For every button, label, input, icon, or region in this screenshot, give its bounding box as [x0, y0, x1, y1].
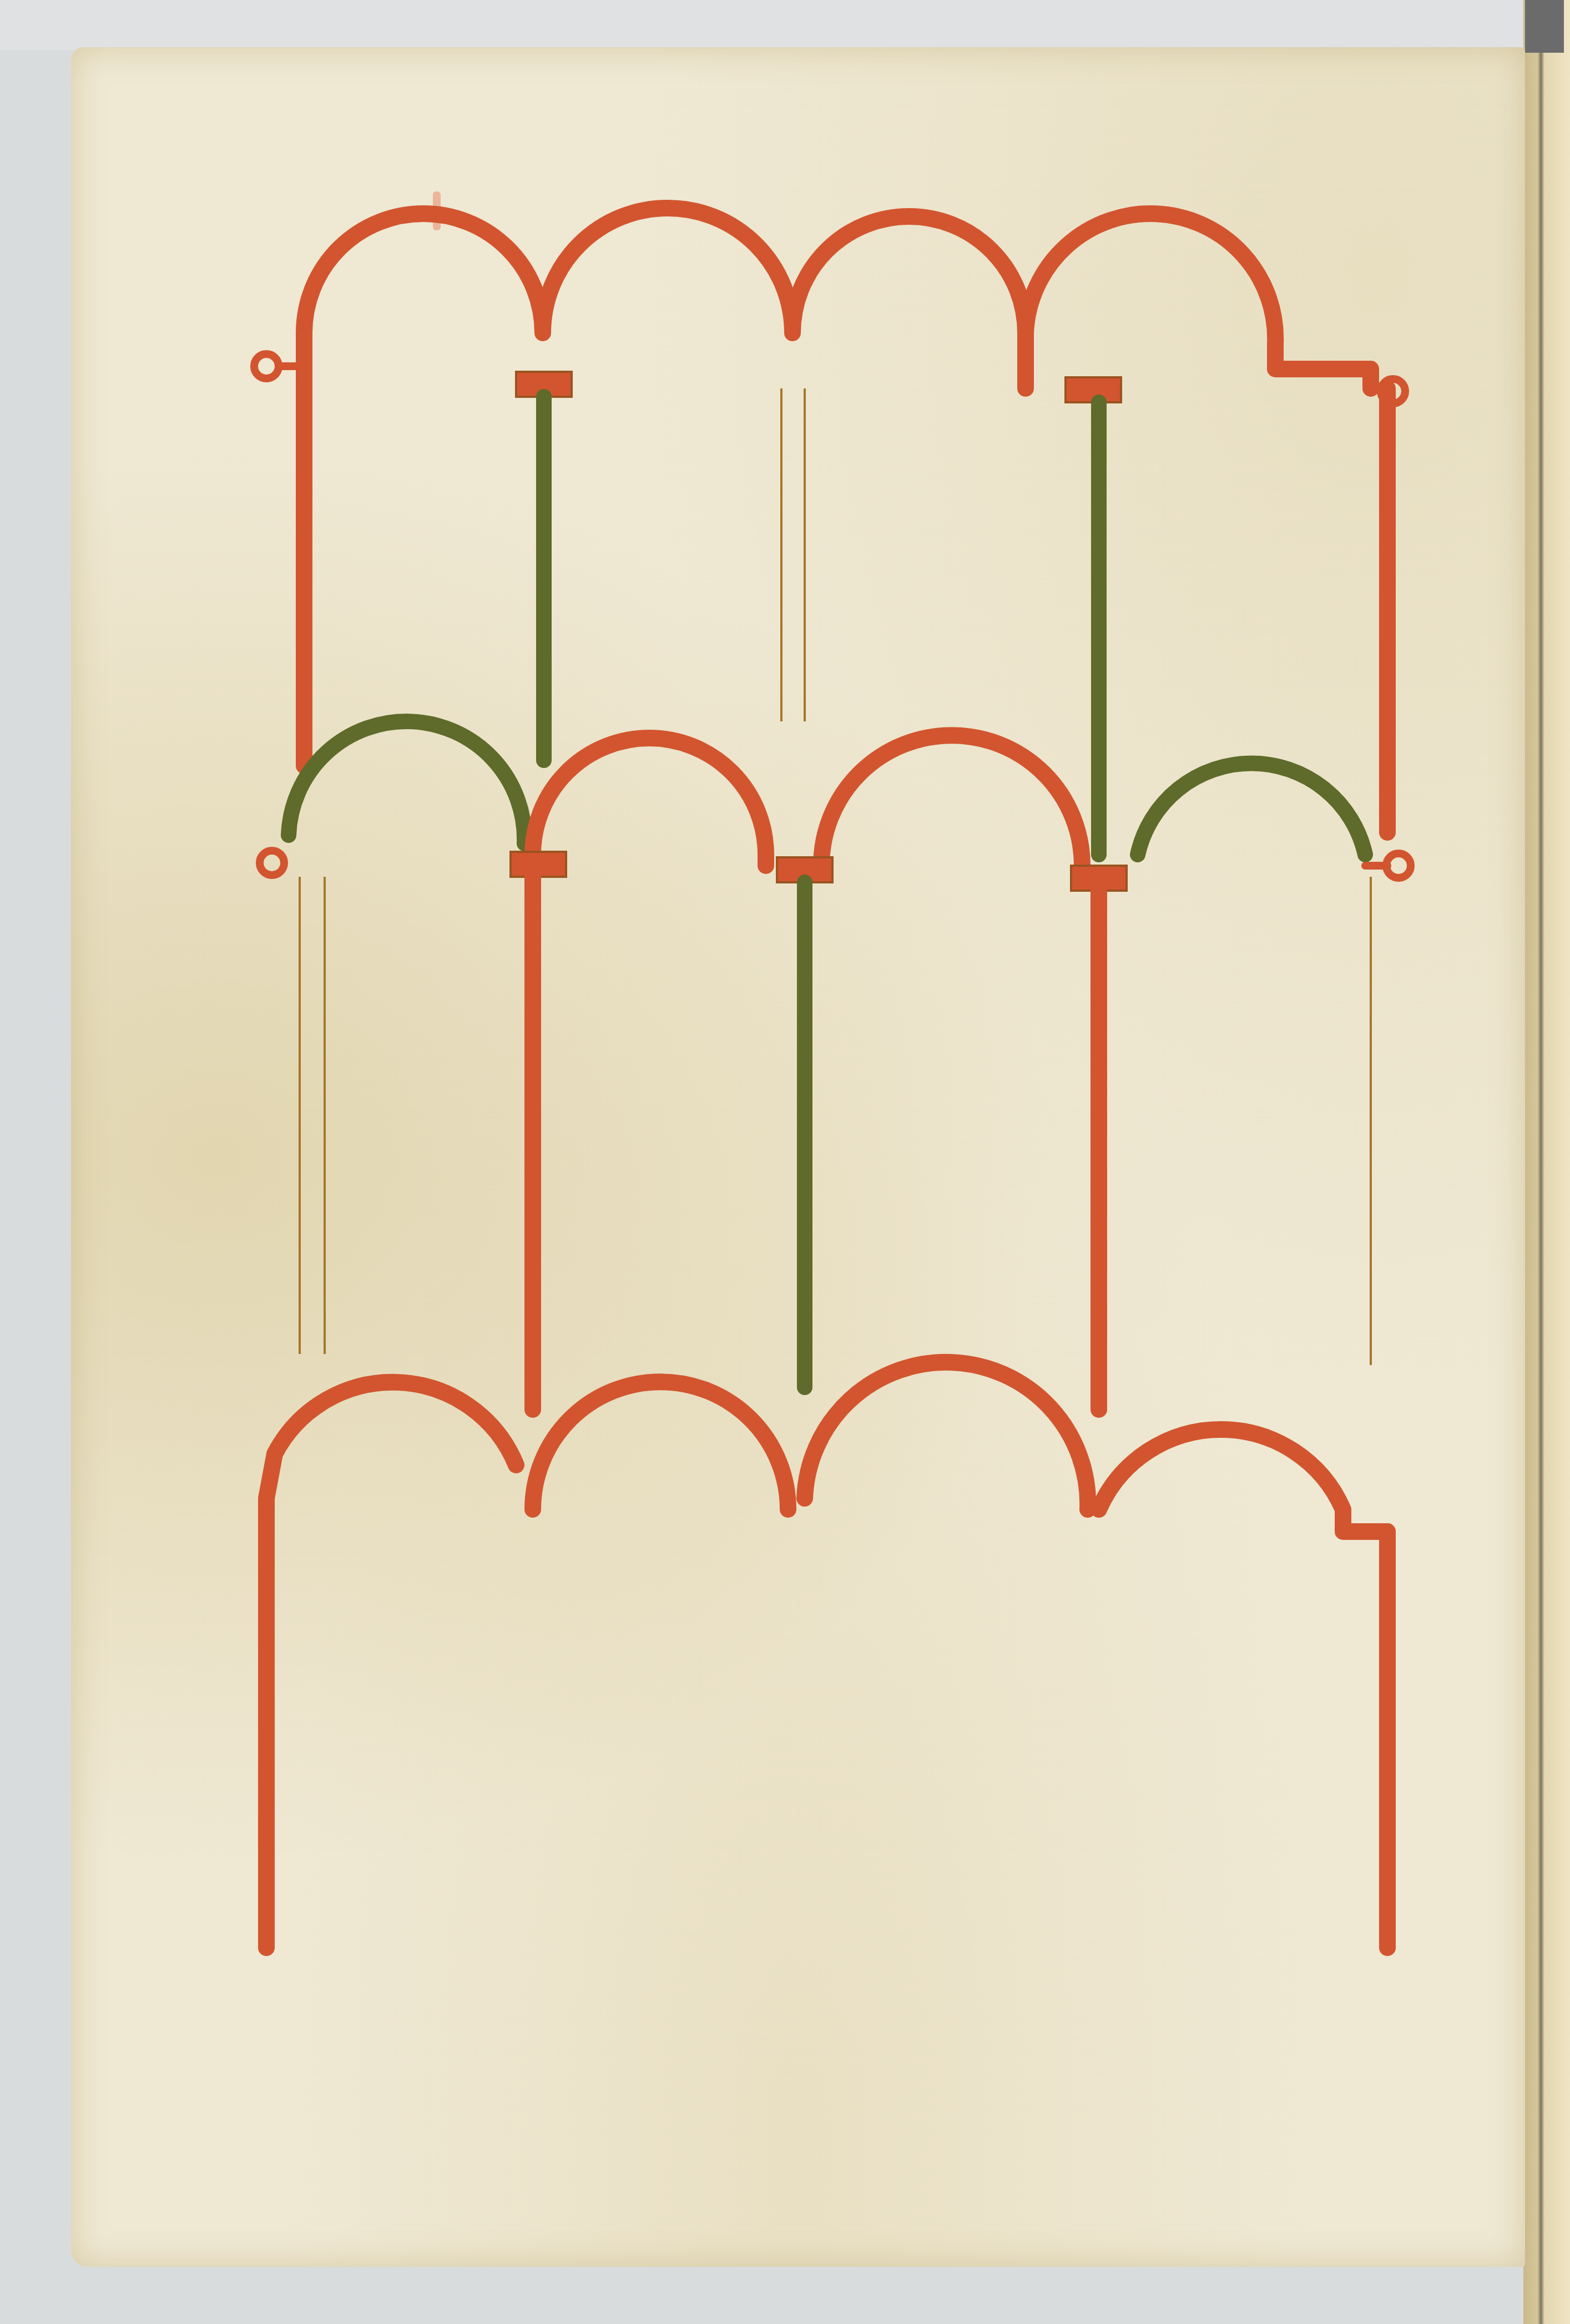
canon-table-arcade: .r{fill:none;stroke:#d2552f;stroke-width… [0, 0, 1570, 2324]
row-3-arcade [266, 1362, 1387, 1948]
row-2-arcade [260, 721, 1411, 1409]
